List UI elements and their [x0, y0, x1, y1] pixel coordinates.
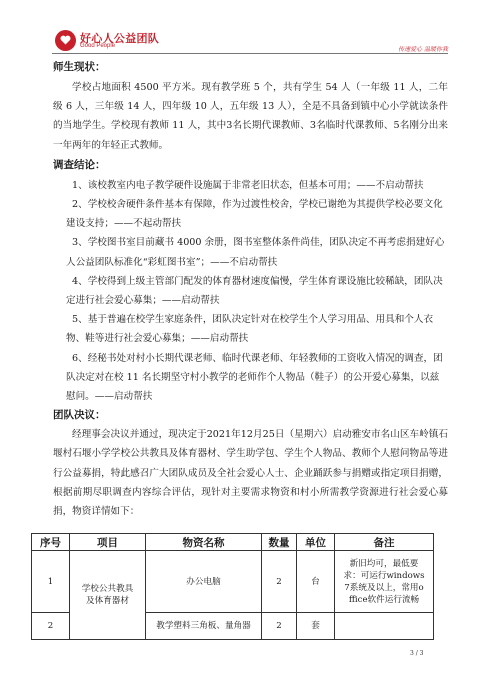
survey-item-4: 4、学校得到上级主管部门配发的体育器材速度偏慢，学生体育课设施比较稀缺，团队决定… — [53, 272, 448, 310]
col-header-project: 项目 — [70, 534, 146, 551]
cell-no: 2 — [32, 613, 70, 640]
survey-item-6: 6、经秘书处对村小长期代课老师、临时代课老师、年轻教师的工资收入情况的调查，团队… — [53, 349, 448, 407]
resolution-paragraph: 经理事会决议并通过，现决定于2021年12月25日（星期六）启动雅安市名山区车岭… — [53, 425, 448, 521]
cell-qty: 2 — [262, 551, 297, 613]
cell-item-name: 教学塑料三角板、量角器 — [146, 613, 262, 640]
survey-heading: 调查结论： — [53, 156, 448, 174]
cell-unit: 套 — [297, 613, 335, 640]
col-header-item-name: 物资名称 — [146, 534, 262, 551]
table-row: 1 学校公共教具及体育器材 办公电脑 2 台 新旧均可，最低要求：可运行wind… — [32, 551, 434, 613]
page-number: 3 / 3 — [410, 650, 423, 657]
materials-table: 序号 项目 物资名称 数量 单位 备注 1 学校公共教具及体育器材 办公电脑 2… — [31, 533, 434, 640]
survey-item-3: 3、学校图书室目前藏书 4000 余册，图书室整体条件尚佳，团队决定不再考虑捐建… — [53, 233, 448, 271]
brand-name-en: Good People — [80, 43, 115, 49]
status-paragraph: 学校占地面积 4500 平方米。现有教学班 5 个，共有学生 54 人（一年级 … — [53, 78, 448, 155]
col-header-note: 备注 — [335, 534, 434, 551]
slogan: 传递爱心 温暖你我 — [398, 44, 448, 53]
cell-qty: 2 — [262, 613, 297, 640]
survey-item-2: 2、学校校舍硬件条件基本有保障，作为过渡性校舍，学校已谢绝为其提供学校必要文化建… — [53, 195, 448, 233]
col-header-qty: 数量 — [262, 534, 297, 551]
page-header: 好心人公益团队 Good People 传递爱心 温暖你我 — [52, 27, 448, 54]
cell-project: 学校公共教具及体育器材 — [70, 551, 146, 640]
cell-note — [335, 613, 434, 640]
col-header-no: 序号 — [32, 534, 70, 551]
cell-unit: 台 — [297, 551, 335, 613]
logo-heart-icon — [55, 30, 76, 51]
cell-no: 1 — [32, 551, 70, 613]
survey-item-5: 5、基于普遍在校学生家庭条件，团队决定针对在校学生个人学习用品、用具和个人衣物、… — [53, 310, 448, 348]
status-heading: 师生现状： — [53, 58, 448, 76]
header-divider — [52, 53, 448, 54]
table-header-row: 序号 项目 物资名称 数量 单位 备注 — [32, 534, 434, 551]
survey-item-1: 1、该校教室内电子教学硬件设施属于非常老旧状态，但基本可用；——不启动帮扶 — [53, 176, 448, 195]
cell-note: 新旧均可，最低要求：可运行windows7系统及以上，常用office软件运行流… — [335, 551, 434, 613]
col-header-unit: 单位 — [297, 534, 335, 551]
cell-item-name: 办公电脑 — [146, 551, 262, 613]
resolution-heading: 团队决议： — [53, 406, 448, 424]
document-body: 师生现状： 学校占地面积 4500 平方米。现有教学班 5 个，共有学生 54 … — [53, 58, 448, 521]
